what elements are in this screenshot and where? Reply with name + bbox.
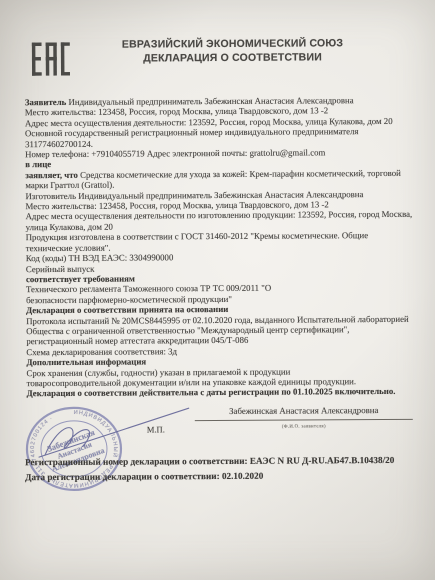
production-address-line: Адрес места осуществления деятельности п…: [26, 209, 414, 232]
document-photo: ЕВРАЗИЙСКИЙ ЭКОНОМИЧЕСКИЙ СОЮЗ ДЕКЛАРАЦИ…: [0, 0, 435, 580]
registration-number-line: Регистрационный номер декларации о соотв…: [25, 455, 394, 467]
union-title: ЕВРАЗИЙСКИЙ ЭКОНОМИЧЕСКИЙ СОЮЗ: [82, 37, 382, 52]
declaration-page: ЕВРАЗИЙСКИЙ ЭКОНОМИЧЕСКИЙ СОЮЗ ДЕКЛАРАЦИ…: [24, 29, 415, 551]
reg-number-label: Регистрационный номер декларации о соотв…: [25, 456, 248, 467]
reg-date-label: Дата регистрации декларации о соответств…: [25, 471, 220, 482]
reg-number-value: ЕАЭС N RU Д-RU.АБ47.В.10438/20: [248, 455, 395, 466]
applicant-label: Заявитель: [25, 97, 66, 107]
mp-seal-label: М.П.: [147, 424, 165, 434]
reg-date-value: 02.10.2020: [220, 471, 264, 481]
signatory-caption: (Ф.И.О. заявителя): [195, 420, 413, 430]
document-header: ЕВРАЗИЙСКИЙ ЭКОНОМИЧЕСКИЙ СОЮЗ ДЕКЛАРАЦИ…: [24, 29, 412, 87]
signatory-block: Забежинская Анастасия Александровна (Ф.И…: [195, 405, 413, 430]
signature-section: ИНДИВИДУАЛЬНЫЙ ПРЕДПРИНИМАТЕЛЬ · 3117746…: [27, 399, 416, 551]
gost-line: Продукция изготовлена в соответствии с Г…: [26, 230, 414, 253]
declares-text: Средства косметические для ухода за коже…: [25, 168, 401, 191]
declares-label: заявляет, что: [25, 170, 78, 180]
basis-text: Протокола испытаний № 20MCS8445995 от 02…: [26, 313, 414, 347]
round-stamp: ИНДИВИДУАЛЬНЫЙ ПРЕДПРИНИМАТЕЛЬ · 3117746…: [19, 396, 210, 507]
eac-logo-icon: [24, 31, 82, 87]
ogrnip-line: Основной государственный регистрационный…: [25, 126, 413, 149]
signatory-name: Забежинская Анастасия Александровна: [195, 405, 413, 421]
declares-line: заявляет, что Средства косметические для…: [25, 168, 413, 191]
declaration-title: ДЕКЛАРАЦИЯ О СООТВЕТСТВИИ: [83, 51, 383, 66]
registration-date-line: Дата регистрации декларации о соответств…: [25, 471, 263, 482]
document-title: ЕВРАЗИЙСКИЙ ЭКОНОМИЧЕСКИЙ СОЮЗ ДЕКЛАРАЦИ…: [82, 29, 412, 66]
